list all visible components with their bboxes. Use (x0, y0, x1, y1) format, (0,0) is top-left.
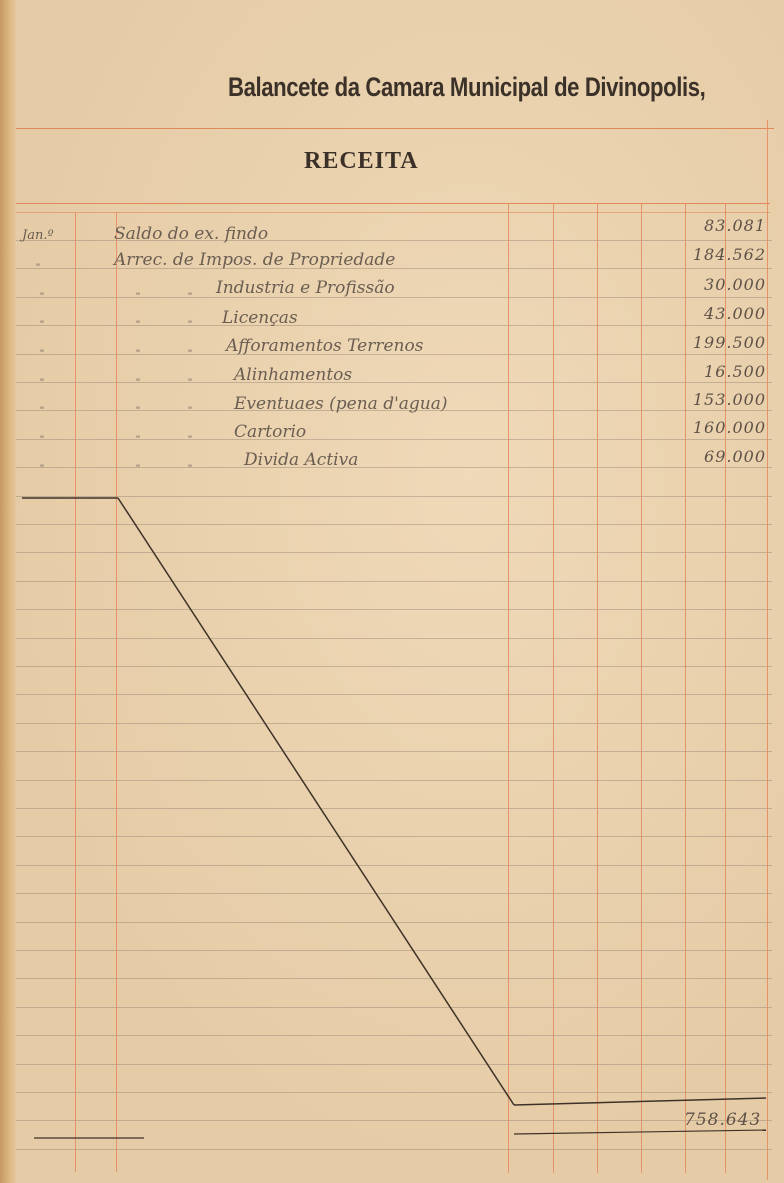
receipts-total: 758.643 (684, 1110, 761, 1130)
closing-strike-lines (0, 0, 784, 1183)
ledger-page: Balancete da Camara Municipal de Divinop… (0, 0, 784, 1183)
